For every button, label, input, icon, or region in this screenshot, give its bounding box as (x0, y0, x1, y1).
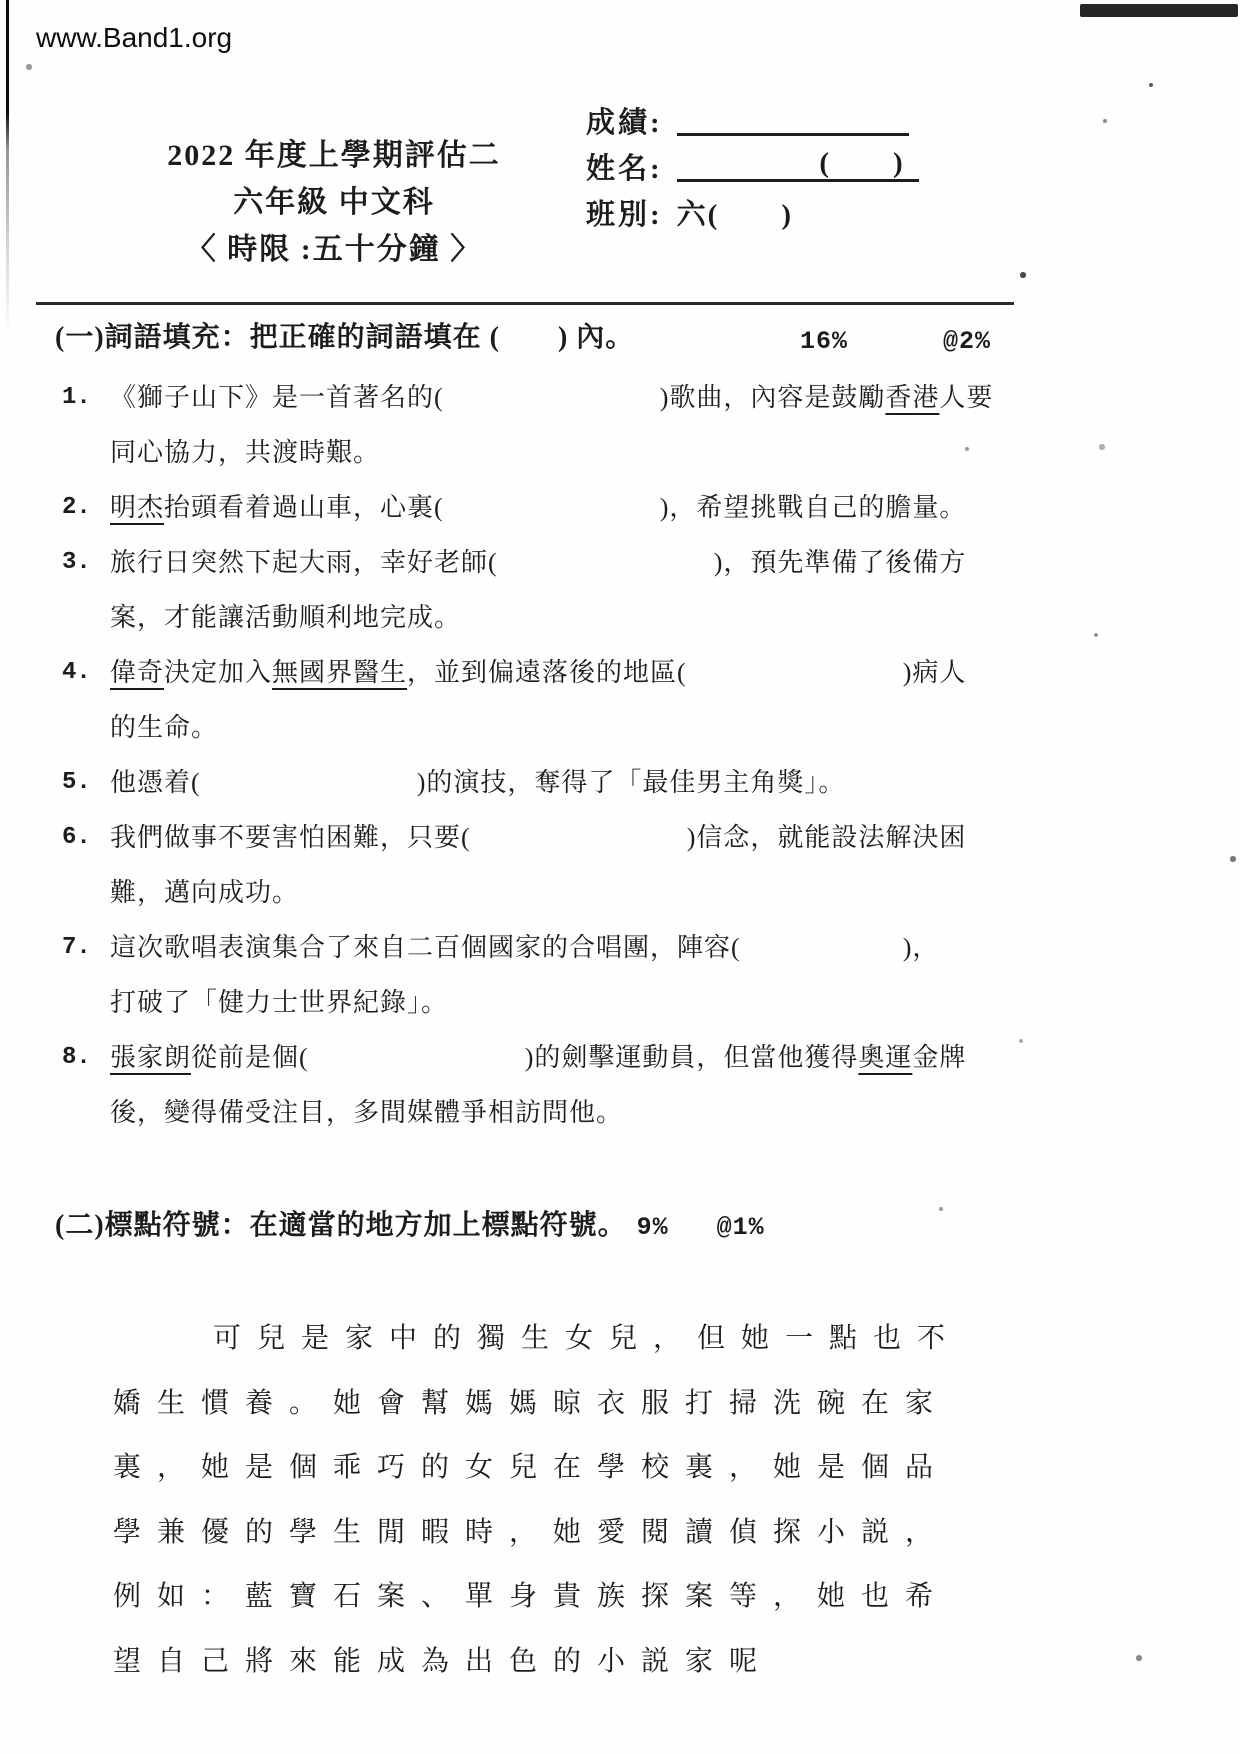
scanned-exam-page: www.Band1.org 2022 年度上學期評估二 六年級 中文科 〈 時限… (0, 0, 1240, 1754)
passage-line: 可兒是家中的獨生女兒，但她一點也不 (113, 1307, 1240, 1372)
question-number: 5. (62, 755, 91, 810)
score-blank-line (677, 103, 909, 136)
question-line: 難，邁向成功。 (110, 865, 1240, 920)
class-label: 班別: (586, 199, 663, 231)
exam-subject: 六年級 中文科 (148, 179, 520, 226)
punctuation-passage: 可兒是家中的獨生女兒，但她一點也不嬌生慣養。她會幫媽媽晾衣服打掃洗碗在家裏，她是… (113, 1307, 1240, 1694)
scan-artifact-left-line (6, 0, 9, 335)
score-field: 成績: (586, 100, 919, 135)
question-item: 1.《獅子山下》是一首著名的( )歌曲，內容是鼓勵香港人要同心協力，共渡時艱。 (0, 370, 1240, 480)
answer-blank (309, 1043, 525, 1072)
answer-blank (444, 493, 660, 522)
answer-blank (687, 658, 903, 687)
question-number: 2. (62, 480, 91, 535)
question-item: 6.我們做事不要害怕困難，只要( )信念，就能設法解決困難，邁向成功。 (0, 810, 1240, 920)
question-number: 1. (62, 370, 91, 425)
answer-blank (498, 548, 714, 577)
exam-title: 2022 年度上學期評估二 (148, 132, 520, 179)
passage-line: 裏，她是個乖巧的女兒在學校裏，她是個品 (113, 1436, 1240, 1501)
question-line: 的生命。 (110, 700, 1240, 755)
question-item: 2.明杰抬頭看着過山車，心裏( )，希望挑戰自己的膽量。 (0, 480, 1240, 535)
answer-blank (201, 768, 417, 797)
underlined-term: 無國界醫生 (272, 658, 407, 687)
passage-line: 例如：藍寶石案、單身貴族探案等，她也希 (113, 1565, 1240, 1630)
section1-per-item-marks: @2% (943, 322, 991, 362)
question-item: 7.這次歌唱表演集合了來自二百個國家的合唱團，陣容( )，打破了「健力士世界紀錄… (0, 920, 1240, 1030)
passage-line: 望自己將來能成為出色的小説家呢 (113, 1630, 1240, 1695)
question-number: 4. (62, 645, 91, 700)
question-line: 我們做事不要害怕困難，只要( )信念，就能設法解決困 (110, 810, 1240, 865)
question-line: 《獅子山下》是一首著名的( )歌曲，內容是鼓勵香港人要 (110, 370, 1240, 425)
scan-artifact-top-right-bar (1080, 4, 1238, 17)
question-line: 這次歌唱表演集合了來自二百個國家的合唱團，陣容( )， (110, 920, 1240, 975)
exam-title-block: 2022 年度上學期評估二 六年級 中文科 〈 時限 :五十分鐘 〉 (148, 132, 520, 273)
section-punctuation: (二)標點符號：在適當的地方加上標點符號。9%@1% 可兒是家中的獨生女兒，但她… (0, 1205, 1240, 1694)
question-number: 6. (62, 810, 91, 865)
exam-time-limit: 〈 時限 :五十分鐘 〉 (148, 226, 520, 273)
scan-noise-specks (0, 0, 2, 2)
header-divider-line (36, 302, 1014, 305)
answer-blank (471, 823, 687, 852)
question-number: 7. (62, 920, 91, 975)
name-label: 姓名: (586, 153, 663, 185)
site-watermark: www.Band1.org (36, 22, 232, 54)
answer-blank (444, 383, 660, 412)
section1-total-marks: 16% (800, 322, 848, 362)
underlined-term: 明杰 (110, 493, 164, 522)
question-item: 4.偉奇決定加入無國界醫生，並到偏遠落後的地區( )病人的生命。 (0, 645, 1240, 755)
question-line: 他憑着( )的演技，奪得了「最佳男主角獎」。 (110, 755, 1240, 810)
class-value: 六( ) (677, 199, 793, 231)
class-field: 班別:六( ) (586, 192, 919, 227)
section2-heading-row: (二)標點符號：在適當的地方加上標點符號。9%@1% (55, 1205, 1240, 1249)
name-blank-line: ( ) (677, 149, 919, 182)
question-line: 同心協力，共渡時艱。 (110, 425, 1240, 480)
section-vocabulary-fill-in: (一)詞語填充：把正確的詞語填在 ( ) 內。 16% @2% 1.《獅子山下》… (0, 318, 1240, 1140)
question-list: 1.《獅子山下》是一首著名的( )歌曲，內容是鼓勵香港人要同心協力，共渡時艱。2… (0, 370, 1240, 1140)
question-item: 3.旅行日突然下起大雨，幸好老師( )，預先準備了後備方案，才能讓活動順利地完成… (0, 535, 1240, 645)
question-line: 後，變得備受注目，多間媒體爭相訪問他。 (110, 1085, 1240, 1140)
passage-line: 嬌生慣養。她會幫媽媽晾衣服打掃洗碗在家 (113, 1372, 1240, 1437)
underlined-term: 偉奇 (110, 658, 164, 687)
question-line: 張家朗從前是個( )的劍擊運動員，但當他獲得奧運金牌 (110, 1030, 1240, 1085)
question-item: 8.張家朗從前是個( )的劍擊運動員，但當他獲得奧運金牌後，變得備受注目，多間媒… (0, 1030, 1240, 1140)
underlined-term: 奧運 (858, 1043, 912, 1072)
section2-title: (二)標點符號：在適當的地方加上標點符號。 (55, 1210, 627, 1241)
section2-total-marks: 9% (637, 1213, 669, 1242)
question-line: 旅行日突然下起大雨，幸好老師( )，預先準備了後備方 (110, 535, 1240, 590)
answer-blank (741, 933, 903, 962)
underlined-term: 香港 (885, 383, 939, 412)
score-label: 成績: (586, 107, 663, 139)
question-number: 8. (62, 1030, 91, 1085)
question-item: 5.他憑着( )的演技，奪得了「最佳男主角獎」。 (0, 755, 1240, 810)
section1-title: (一)詞語填充：把正確的詞語填在 ( ) 內。 (55, 322, 634, 353)
question-line: 偉奇決定加入無國界醫生，並到偏遠落後的地區( )病人 (110, 645, 1240, 700)
question-number: 3. (62, 535, 91, 590)
section1-heading-row: (一)詞語填充：把正確的詞語填在 ( ) 內。 16% @2% (55, 318, 1240, 358)
question-line: 明杰抬頭看着過山車，心裏( )，希望挑戰自己的膽量。 (110, 480, 1240, 535)
passage-line: 學兼優的學生閒暇時，她愛閱讀偵探小説， (113, 1501, 1240, 1566)
name-paren: ( ) (819, 140, 904, 181)
underlined-term: 張家朗 (110, 1043, 191, 1072)
question-line: 打破了「健力士世界紀錄」。 (110, 975, 1240, 1030)
student-info-block: 成績: 姓名:( ) 班別:六( ) (586, 100, 919, 238)
name-field: 姓名:( ) (586, 146, 919, 181)
question-line: 案，才能讓活動順利地完成。 (110, 590, 1240, 645)
section2-per-item-marks: @1% (717, 1213, 765, 1242)
